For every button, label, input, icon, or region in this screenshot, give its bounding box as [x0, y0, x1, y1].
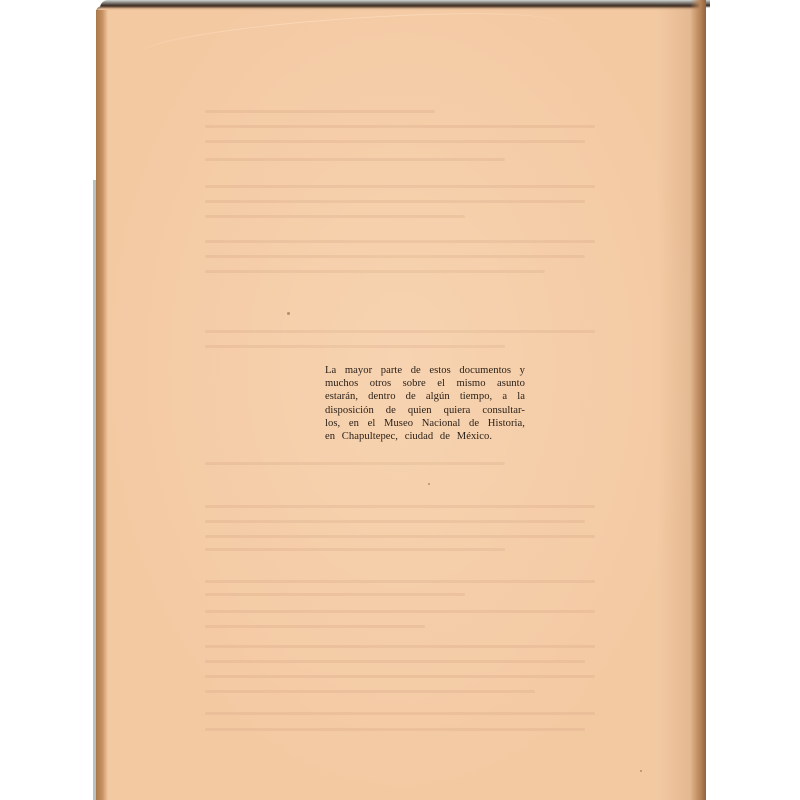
bleed-through-line [205, 505, 595, 508]
bleed-through-line [205, 215, 465, 218]
bleed-through-line [205, 110, 435, 113]
paragraph-line: muchos otros sobre el mismo asunto [325, 377, 525, 390]
bleed-through-line [205, 728, 585, 731]
bleed-through-line [205, 255, 585, 258]
bleed-through-line [205, 185, 595, 188]
paragraph-line: los, en el Museo Nacional de Historia, [325, 417, 525, 430]
bleed-through-line [205, 610, 595, 613]
bleed-through-line [205, 712, 595, 715]
bleed-through-line [205, 330, 595, 333]
bleed-through-line [205, 240, 595, 243]
bleed-through-line [205, 675, 595, 678]
paragraph-line: disposición de quien quiera consultar- [325, 404, 525, 417]
paragraph-line: estarán, dentro de algún tiempo, a la [325, 390, 525, 403]
bleed-through-line [205, 580, 595, 583]
bleed-through-line [205, 548, 505, 551]
page-left-shadow [96, 10, 108, 800]
paragraph-line: La mayor parte de estos documentos y [325, 364, 525, 377]
bleed-through-line [205, 158, 505, 161]
paper-speck [428, 483, 430, 485]
bleed-through-line [205, 345, 505, 348]
scanned-page-view: La mayor parte de estos documentos y muc… [0, 0, 800, 800]
bleed-through-line [205, 645, 595, 648]
page-right-shadow [690, 0, 706, 800]
bleed-through-line [205, 625, 425, 628]
page-top-edge [100, 0, 710, 8]
paper-speck [287, 312, 290, 315]
bleed-through-line [205, 520, 585, 523]
bleed-through-line [205, 270, 545, 273]
bleed-through-line [205, 140, 585, 143]
archive-note-paragraph: La mayor parte de estos documentos y muc… [325, 364, 525, 443]
bleed-through-line [205, 535, 595, 538]
bleed-through-line [205, 660, 585, 663]
bleed-through-line [205, 200, 585, 203]
bleed-through-line [205, 593, 465, 596]
bleed-through-line [205, 462, 505, 465]
bleed-through-line [205, 690, 535, 693]
bleed-through-line [205, 125, 595, 128]
paragraph-line: en Chapultepec, ciudad de México. [325, 430, 525, 443]
paper-speck [640, 770, 642, 772]
